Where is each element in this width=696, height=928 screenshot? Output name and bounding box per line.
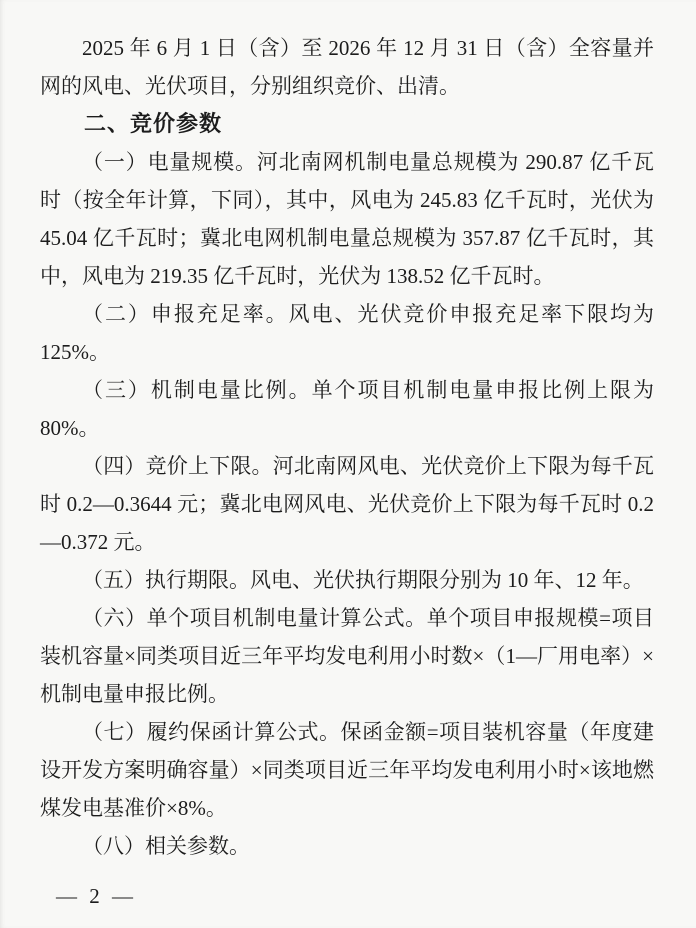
paragraph-item6-calculation-formula: （六）单个项目机制电量计算公式。单个项目申报规模=项目装机容量×同类项目近三年平… <box>40 599 654 713</box>
paragraph-item4-bid-price-limits: （四）竞价上下限。河北南网风电、光伏竞价上下限为每千瓦时 0.2—0.3644 … <box>40 447 654 561</box>
section-heading-bidding-parameters: 二、竞价参数 <box>40 105 654 143</box>
paragraph-item3-mechanism-ratio: （三）机制电量比例。单个项目机制电量申报比例上限为 80%。 <box>40 371 654 447</box>
paragraph-item2-declaration-adequacy: （二）申报充足率。风电、光伏竞价申报充足率下限均为 125%。 <box>40 295 654 371</box>
page-number: — 2 — <box>56 884 133 909</box>
paragraph-item7-guarantee-formula: （七）履约保函计算公式。保函金额=项目装机容量（年度建设开发方案明确容量）×同类… <box>40 713 654 827</box>
paragraph-item1-electricity-scale: （一）电量规模。河北南网机制电量总规模为 290.87 亿千瓦时（按全年计算，下… <box>40 143 654 295</box>
paragraph-item8-related-parameters: （八）相关参数。 <box>40 827 654 865</box>
document-page: 2025 年 6 月 1 日（含）至 2026 年 12 月 31 日（含）全容… <box>0 0 696 928</box>
document-body: 2025 年 6 月 1 日（含）至 2026 年 12 月 31 日（含）全容… <box>40 29 654 865</box>
paragraph-item5-execution-period: （五）执行期限。风电、光伏执行期限分别为 10 年、12 年。 <box>40 561 654 599</box>
paragraph-effective-period: 2025 年 6 月 1 日（含）至 2026 年 12 月 31 日（含）全容… <box>40 29 654 105</box>
